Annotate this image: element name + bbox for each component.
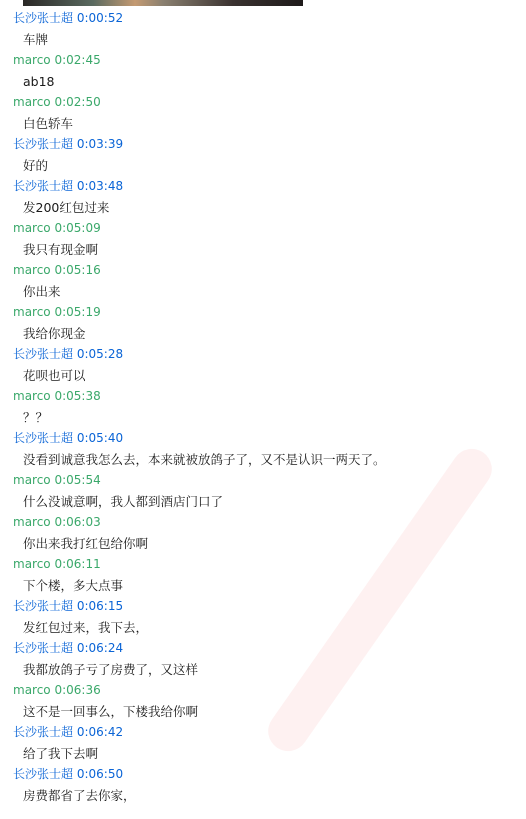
message-text: ？？ [0,407,526,428]
message-text: 没看到诚意我怎么去，本来就被放鸽子了，又不是认识一两天了。 [0,449,526,470]
message-text: 好的 [0,155,526,176]
message-header: marco 0:02:45 [0,50,526,71]
chat-message: 长沙张士超 0:05:40没看到诚意我怎么去，本来就被放鸽子了，又不是认识一两天… [0,428,526,470]
message-header: marco 0:05:54 [0,470,526,491]
message-header: marco 0:06:11 [0,554,526,575]
message-text: 发200红包过来 [0,197,526,218]
sender-name[interactable]: marco [13,389,51,403]
message-text: 发红包过来，我下去， [0,617,526,638]
message-text: 我给你现金 [0,323,526,344]
message-timestamp: 0:05:28 [77,347,123,361]
sender-name[interactable]: 长沙张士超 [13,347,73,361]
message-header: 长沙张士超 0:06:50 [0,764,526,785]
message-header: marco 0:05:38 [0,386,526,407]
message-header: marco 0:06:03 [0,512,526,533]
message-text: ab18 [0,71,526,92]
message-header: 长沙张士超 0:06:24 [0,638,526,659]
message-text: 下个楼，多大点事 [0,575,526,596]
message-header: 长沙张士超 0:03:39 [0,134,526,155]
chat-log: 长沙张士超 0:00:52车牌marco 0:02:45ab18marco 0:… [0,8,526,806]
message-timestamp: 0:06:11 [54,557,100,571]
chat-message: 长沙张士超 0:00:52车牌 [0,8,526,50]
chat-message: marco 0:02:50白色轿车 [0,92,526,134]
sender-name[interactable]: marco [13,53,51,67]
message-timestamp: 0:03:39 [77,137,123,151]
message-header: marco 0:02:50 [0,92,526,113]
chat-message: 长沙张士超 0:06:24我都放鸽子亏了房费了，又这样 [0,638,526,680]
message-text: 这不是一回事么，下楼我给你啊 [0,701,526,722]
chat-message: 长沙张士超 0:03:39好的 [0,134,526,176]
message-text: 我只有现金啊 [0,239,526,260]
chat-message: 长沙张士超 0:06:50房费都省了去你家， [0,764,526,806]
chat-message: marco 0:05:09我只有现金啊 [0,218,526,260]
message-text: 我都放鸽子亏了房费了，又这样 [0,659,526,680]
sender-name[interactable]: marco [13,683,51,697]
sender-name[interactable]: 长沙张士超 [13,767,73,781]
chat-message: 长沙张士超 0:06:15发红包过来，我下去， [0,596,526,638]
chat-message: 长沙张士超 0:03:48发200红包过来 [0,176,526,218]
sender-name[interactable]: 长沙张士超 [13,431,73,445]
message-timestamp: 0:05:54 [54,473,100,487]
message-header: 长沙张士超 0:06:42 [0,722,526,743]
message-timestamp: 0:05:19 [54,305,100,319]
message-timestamp: 0:02:45 [54,53,100,67]
chat-message: marco 0:05:16你出来 [0,260,526,302]
sender-name[interactable]: 长沙张士超 [13,599,73,613]
message-text: 房费都省了去你家， [0,785,526,806]
message-header: marco 0:05:09 [0,218,526,239]
chat-message: marco 0:06:11下个楼，多大点事 [0,554,526,596]
sender-name[interactable]: marco [13,473,51,487]
message-text: 给了我下去啊 [0,743,526,764]
sender-name[interactable]: 长沙张士超 [13,11,73,25]
chat-message: marco 0:06:36这不是一回事么，下楼我给你啊 [0,680,526,722]
message-text: 花呗也可以 [0,365,526,386]
message-text: 你出来我打红包给你啊 [0,533,526,554]
chat-message: marco 0:05:54什么没诚意啊，我人都到酒店门口了 [0,470,526,512]
message-header: marco 0:05:19 [0,302,526,323]
sender-name[interactable]: marco [13,263,51,277]
message-timestamp: 0:06:24 [77,641,123,655]
sender-name[interactable]: 长沙张士超 [13,641,73,655]
shared-image-thumbnail[interactable] [23,0,303,6]
chat-message: 长沙张士超 0:06:42给了我下去啊 [0,722,526,764]
sender-name[interactable]: marco [13,305,51,319]
message-header: 长沙张士超 0:00:52 [0,8,526,29]
message-timestamp: 0:05:09 [54,221,100,235]
message-timestamp: 0:00:52 [77,11,123,25]
message-text: 车牌 [0,29,526,50]
message-timestamp: 0:03:48 [77,179,123,193]
sender-name[interactable]: marco [13,95,51,109]
chat-message: marco 0:05:38？？ [0,386,526,428]
sender-name[interactable]: marco [13,515,51,529]
message-header: marco 0:05:16 [0,260,526,281]
chat-message: marco 0:02:45ab18 [0,50,526,92]
message-header: 长沙张士超 0:05:40 [0,428,526,449]
message-timestamp: 0:02:50 [54,95,100,109]
sender-name[interactable]: marco [13,221,51,235]
sender-name[interactable]: 长沙张士超 [13,725,73,739]
message-timestamp: 0:05:16 [54,263,100,277]
sender-name[interactable]: marco [13,557,51,571]
sender-name[interactable]: 长沙张士超 [13,137,73,151]
message-timestamp: 0:06:15 [77,599,123,613]
message-text: 白色轿车 [0,113,526,134]
message-header: 长沙张士超 0:03:48 [0,176,526,197]
message-header: 长沙张士超 0:05:28 [0,344,526,365]
message-timestamp: 0:05:40 [77,431,123,445]
message-text: 什么没诚意啊，我人都到酒店门口了 [0,491,526,512]
chat-message: marco 0:06:03你出来我打红包给你啊 [0,512,526,554]
message-timestamp: 0:06:42 [77,725,123,739]
sender-name[interactable]: 长沙张士超 [13,179,73,193]
message-timestamp: 0:06:03 [54,515,100,529]
message-timestamp: 0:06:50 [77,767,123,781]
chat-message: marco 0:05:19我给你现金 [0,302,526,344]
message-timestamp: 0:05:38 [54,389,100,403]
message-header: 长沙张士超 0:06:15 [0,596,526,617]
message-timestamp: 0:06:36 [54,683,100,697]
chat-message: 长沙张士超 0:05:28花呗也可以 [0,344,526,386]
message-text: 你出来 [0,281,526,302]
message-header: marco 0:06:36 [0,680,526,701]
